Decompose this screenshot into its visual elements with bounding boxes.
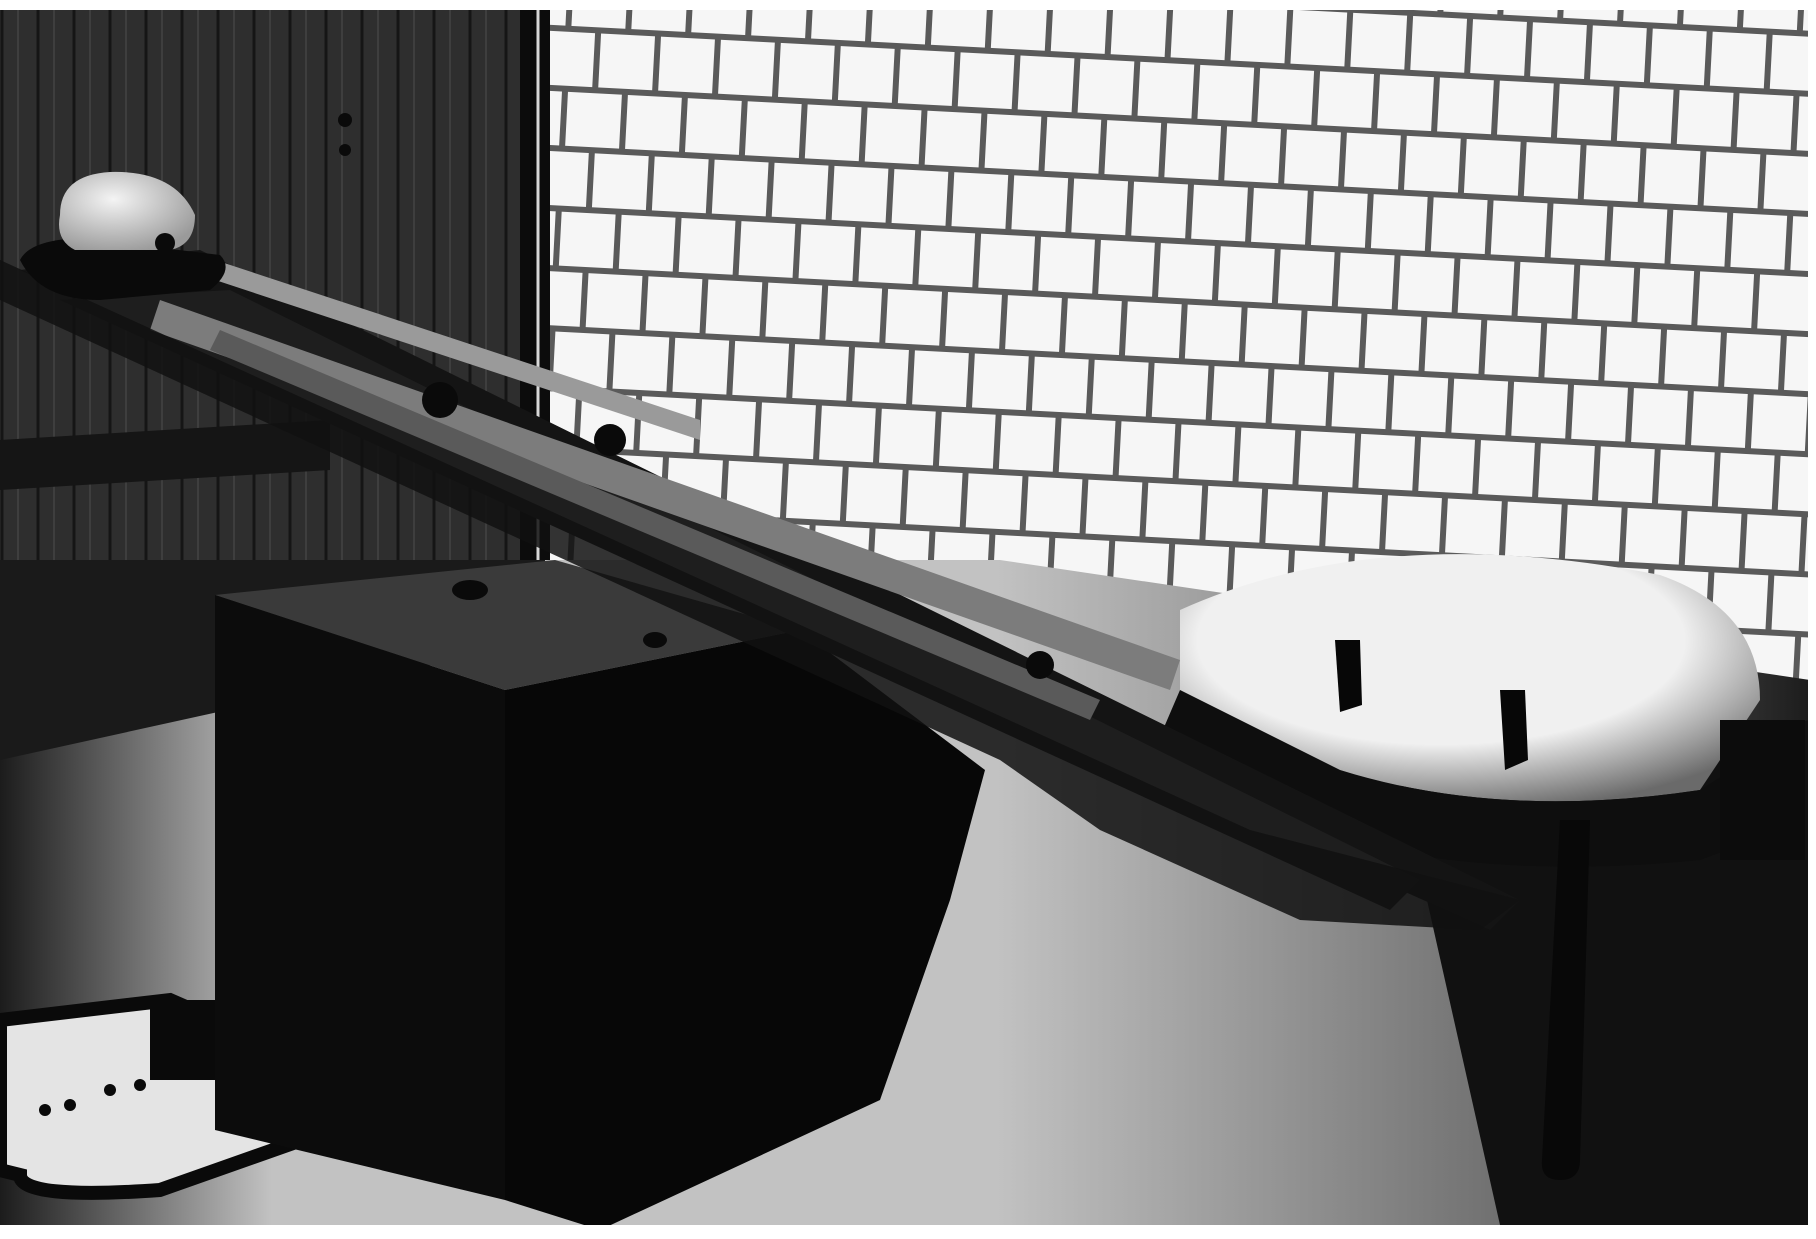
box-top-knob (452, 580, 488, 600)
photograph (0, 0, 1816, 1239)
door-hinge (339, 144, 351, 156)
door-hinge (338, 113, 352, 127)
rail-clamp (594, 424, 626, 456)
border-bottom (0, 1225, 1816, 1239)
border-right (1808, 0, 1816, 1239)
tray-end-bracket (1720, 720, 1805, 860)
border-top (0, 0, 1816, 10)
box-front (215, 595, 505, 1200)
photo-content (0, 10, 1810, 1230)
skull-eye-socket (155, 233, 175, 253)
rail-clamp (422, 382, 458, 418)
box-foot (150, 1000, 215, 1080)
rail-clamp (1026, 651, 1054, 679)
box-top-knob (643, 632, 667, 648)
